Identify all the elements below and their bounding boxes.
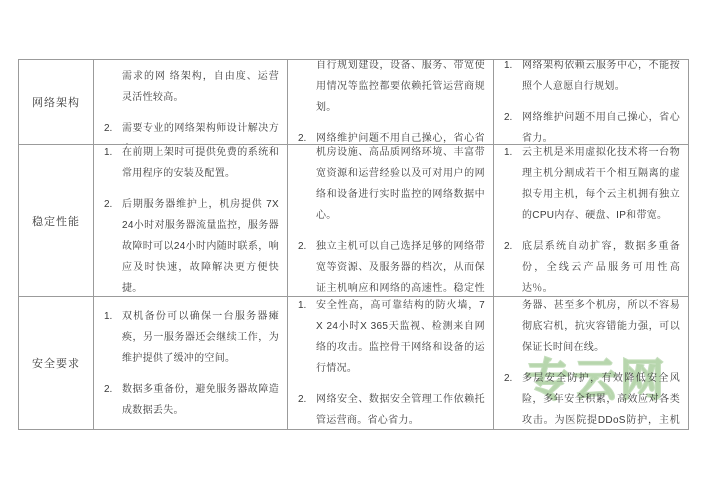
table-cell-self-built-network: 1. 可根据自己意愿要求建设规划符合需求的网 络架构，自由度、运营灵活性较高。 …: [94, 60, 288, 145]
item-text: 将服务器及相关设备托管到具有完善机房设施、高品质网络环境、丰富带宽资源和运营经验…: [316, 145, 485, 226]
item-number: 1.: [100, 306, 122, 327]
item-number: 2.: [294, 236, 316, 257]
list-item: 1. 云主机是米用虚拟化技术将一台物理主机分割成若干个相互隔离的虚拟专用主机，每…: [500, 145, 680, 226]
list-item: 2. 网络维护问题不用自己操心，省心省力。: [294, 128, 485, 145]
item-number: 1.: [500, 60, 522, 76]
list-item: 1. 安全性高，高可靠结构的防火墙，7 X 24小时X 365天监视、检测来自网…: [294, 297, 485, 379]
table-cell-self-built-security: 1. 双机备份可以确保一台服务器瘫痪，另一服务器还会继续工作，为维护提供了缓冲的…: [94, 297, 288, 429]
list-item: 1. 在前期上架时可提供免费的系统和常用程序的安装及配置。: [100, 145, 279, 184]
row-label-stability-performance: 稳定性能: [19, 145, 94, 297]
item-number: 1.: [500, 145, 522, 163]
item-text: 可根据自己意愿要求建设规划符合需求的网 络架构，自由度、运营灵活性较高。: [122, 60, 279, 108]
table-cell-hosted-stability: 1. 将服务器及相关设备托管到具有完善机房设施、高品质网络环境、丰富带宽资源和运…: [288, 145, 494, 297]
list-item: 1. 安全性方面因为服务分布在多台服务器、甚至多个机房，所以不容易彻底宕机，抗灾…: [500, 297, 680, 358]
list-item: 1. 双机备份可以确保一台服务器瘫痪，另一服务器还会继续工作，为维护提供了缓冲的…: [100, 306, 279, 369]
table-cell-cloud-stability: 1. 云主机是米用虚拟化技术将一台物理主机分割成若干个相互隔离的虚拟专用主机，每…: [494, 145, 688, 297]
row-label-text: 安全要求: [32, 355, 80, 371]
item-number: 2.: [294, 128, 316, 145]
item-text: 网络架构不自由，不能依据个人意愿自行规划建设，设备、服务、带宽使用情况等监控都要…: [316, 60, 485, 118]
list-item: 1. 网络架构不自由，不能依据个人意愿自行规划建设，设备、服务、带宽使用情况等监…: [294, 60, 485, 118]
list-item: 1. 可根据自己意愿要求建设规划符合需求的网 络架构，自由度、运营灵活性较高。: [100, 60, 279, 108]
table-cell-self-built-stability: 1. 在前期上架时可提供免费的系统和常用程序的安装及配置。 2. 后期服务器维护…: [94, 145, 288, 297]
list-item: 2. 网络安全、数据安全管理工作依赖托管运营商。省心省力。: [294, 389, 485, 429]
item-text: 安全性高，高可靠结构的防火墙，7 X 24小时X 365天监视、检测来自网络的攻…: [316, 297, 485, 379]
list-item: 2. 底层系统自动扩容，数据多重备份，全线云产品服务可用性高达％。: [500, 236, 680, 297]
item-text: 双机备份可以确保一台服务器瘫痪，另一服务器还会继续工作，为维护提供了缓冲的空间。: [122, 306, 279, 369]
list-item: 2. 独立主机可以自己选择足够的网络带宽等资源、及服务器的档次，从而保证主机响应…: [294, 236, 485, 297]
item-text: 云主机是米用虚拟化技术将一台物理主机分割成若干个相互隔离的虚拟专用主机，每个云主…: [522, 145, 680, 226]
row-label-text: 稳定性能: [32, 213, 80, 229]
item-text: 在前期上架时可提供免费的系统和常用程序的安装及配置。: [122, 145, 279, 184]
item-text: 需要专业的网络架构师设计解决方案。: [122, 118, 279, 146]
list-item: 2. 需要专业的网络架构师设计解决方案。: [100, 118, 279, 146]
list-item: 2. 数据多重备份，避免服务器故障造成数据丢失。: [100, 379, 279, 421]
row-label-network-architecture: 网络架构: [19, 60, 94, 145]
item-text: 底层系统自动扩容，数据多重备份，全线云产品服务可用性高达％。: [522, 236, 680, 297]
item-text: 网络架构依赖云服务中心，不能按照个人意愿自行规划。: [522, 60, 680, 97]
list-item: 2. 多层安全防护，有效降低安全风险，多年安全积累，高效应对各类攻击。为医院提D…: [500, 368, 680, 429]
item-number: 2.: [500, 107, 522, 128]
row-label-security-requirements: 安全要求: [19, 297, 94, 429]
item-number: 2.: [500, 236, 522, 257]
item-number: 1.: [294, 297, 316, 316]
item-text: 多层安全防护，有效降低安全风险，多年安全积累，高效应对各类攻击。为医院提DDoS…: [522, 368, 680, 429]
table-cell-hosted-security: 1. 安全性高，高可靠结构的防火墙，7 X 24小时X 365天监视、检测来自网…: [288, 297, 494, 429]
list-item: 2. 后期服务器维护上，机房提供 7X 24小时对服务器流量监控，服务器故障时可…: [100, 194, 279, 297]
item-text: 数据多重备份，避免服务器故障造成数据丢失。: [122, 379, 279, 421]
document-page: 专云网 网络架构 1. 可根据自己意愿要求建设规划符合需求的网 络架构，自由度、…: [0, 0, 708, 500]
item-text: 网络安全、数据安全管理工作依赖托管运营商。省心省力。: [316, 389, 485, 429]
item-text: 网络维护问题不用自己操心，省心省力。: [316, 128, 485, 145]
list-item: 1. 将服务器及相关设备托管到具有完善机房设施、高品质网络环境、丰富带宽资源和运…: [294, 145, 485, 226]
item-text: 独立主机可以自己选择足够的网络带宽等资源、及服务器的档次，从而保证主机响应和网络…: [316, 236, 485, 297]
row-label-text: 网络架构: [32, 94, 80, 110]
item-number: 2.: [100, 379, 122, 400]
item-text: 安全性方面因为服务分布在多台服务器、甚至多个机房，所以不容易彻底宕机，抗灾容错能…: [522, 297, 680, 358]
item-number: 2.: [100, 194, 122, 215]
item-text: 网络维护问题不用自己操心，省心省力。: [522, 107, 680, 145]
item-text: 后期服务器维护上，机房提供 7X 24小时对服务器流量监控，服务器故障时可以24…: [122, 194, 279, 297]
comparison-table: 网络架构 1. 可根据自己意愿要求建设规划符合需求的网 络架构，自由度、运营灵活…: [18, 59, 689, 430]
item-number: 1.: [100, 145, 122, 163]
table-cell-hosted-network: 1. 网络架构不自由，不能依据个人意愿自行规划建设，设备、服务、带宽使用情况等监…: [288, 60, 494, 145]
item-number: 2.: [500, 368, 522, 389]
item-number: 2.: [294, 389, 316, 410]
item-number: 2.: [100, 118, 122, 139]
item-number: 1.: [100, 60, 122, 66]
list-item: 1. 网络架构依赖云服务中心，不能按照个人意愿自行规划。: [500, 60, 680, 97]
list-item: 2. 网络维护问题不用自己操心，省心省力。: [500, 107, 680, 145]
table-cell-cloud-network: 1. 网络架构依赖云服务中心，不能按照个人意愿自行规划。 2. 网络维护问题不用…: [494, 60, 688, 145]
table-cell-cloud-security: 1. 安全性方面因为服务分布在多台服务器、甚至多个机房，所以不容易彻底宕机，抗灾…: [494, 297, 688, 429]
